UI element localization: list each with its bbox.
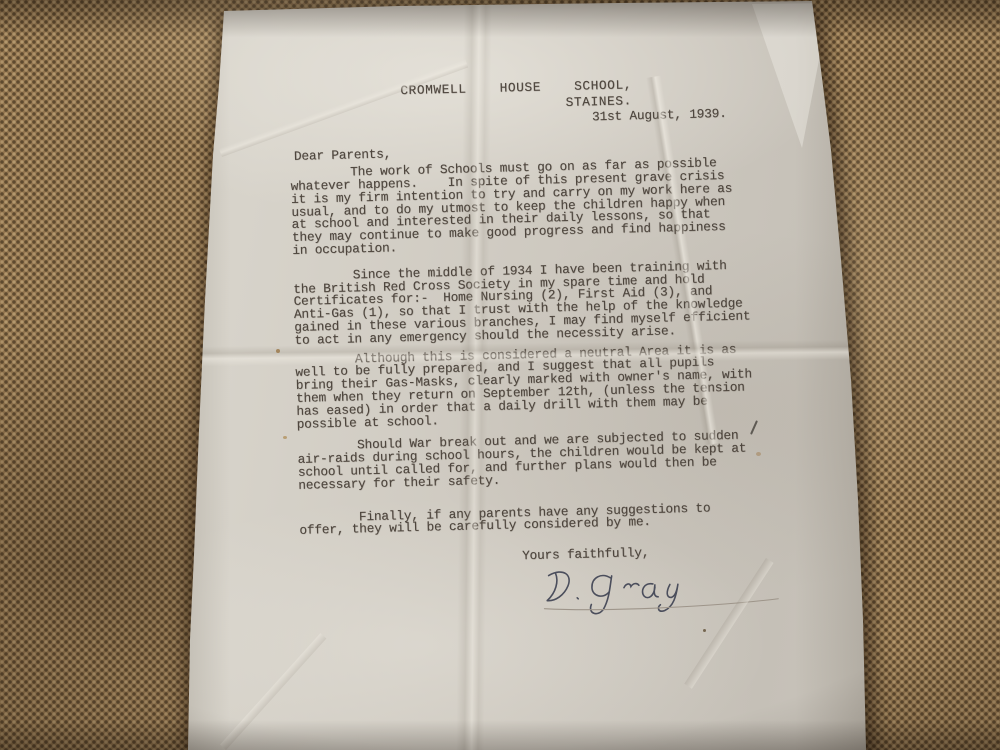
foxing-speck (276, 349, 280, 353)
paper-edge-shading-left (185, 0, 230, 750)
signature-block: D.Gray (535, 560, 786, 618)
paragraph-3: Although this is considered a neutral Ar… (295, 342, 777, 431)
photo-of-letter: CROMWELL HOUSE SCHOOL, STAINES. 31st Aug… (0, 0, 1000, 750)
signature-ink (547, 573, 558, 600)
diagonal-crease-bottom-left (220, 633, 326, 750)
paragraph-5: Finally, if any parents have any suggest… (299, 500, 779, 538)
closing-valediction: Yours faithfully, (522, 544, 780, 563)
paragraph-4: Should War break out and we are subjecte… (297, 429, 778, 492)
paragraph-1: The work of Schools must go on as far as… (290, 156, 772, 258)
letter-paper: CROMWELL HOUSE SCHOOL, STAINES. 31st Aug… (0, 0, 1000, 750)
paper-shadow: CROMWELL HOUSE SCHOOL, STAINES. 31st Aug… (0, 0, 1000, 750)
signature-handwriting (535, 560, 786, 618)
paper-edge-shading-right (795, 0, 870, 750)
foxing-speck (703, 629, 706, 632)
foxing-speck (283, 436, 287, 439)
paragraph-2: Since the middle of 1934 I have been tra… (293, 259, 775, 348)
letter-content: CROMWELL HOUSE SCHOOL, STAINES. 31st Aug… (288, 68, 782, 625)
letter-date: 31st August, 1939. (592, 106, 769, 123)
signature-underline (544, 599, 778, 611)
